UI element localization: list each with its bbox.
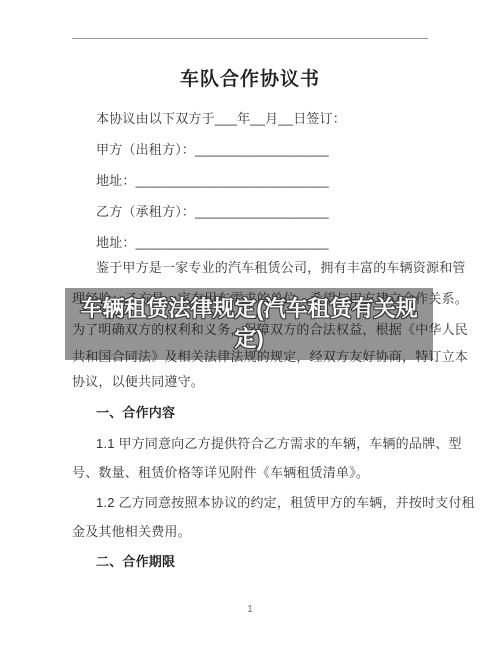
document-line: 金及其他相关费用。 xyxy=(72,523,442,540)
document-line: 鉴于甲方是一家专业的汽车租赁公司，拥有丰富的车辆资源和管 xyxy=(72,259,442,276)
contract-page: 车队合作协议书 本协议由以下双方于___年__月__日签订：甲方（出租方）：__… xyxy=(0,0,500,647)
document-line: 地址：__________________________ xyxy=(72,172,442,189)
document-line: 号、数量、租赁价格等详见附件《车辆租赁清单》。 xyxy=(72,464,442,481)
document-line: 地址：__________________________ xyxy=(72,234,442,251)
watermark-title-line-2: 定) xyxy=(234,324,263,354)
document-line: 1.2 乙方同意按照本协议的约定，租赁甲方的车辆，并按时支付租 xyxy=(72,494,442,511)
document-line: 甲方（出租方）：__________________ xyxy=(72,141,442,158)
document-line: 二、合作期限 xyxy=(72,553,442,570)
watermark-title-line-1: 车辆租赁法律规定(汽车租赁有关规 xyxy=(80,294,417,324)
document-line: 乙方（承租方）：__________________ xyxy=(72,203,442,220)
document-line: 一、合作内容 xyxy=(72,404,442,421)
watermark-overlay: 车辆租赁法律规定(汽车租赁有关规 定) xyxy=(65,288,433,360)
document-line: 本协议由以下双方于___年__月__日签订： xyxy=(72,110,442,127)
page-number: 1 xyxy=(0,604,500,615)
document-line: 1.1 甲方同意向乙方提供符合乙方需求的车辆，车辆的品牌、型 xyxy=(72,435,442,452)
document-line: 协议，以便共同遵守。 xyxy=(72,373,442,390)
